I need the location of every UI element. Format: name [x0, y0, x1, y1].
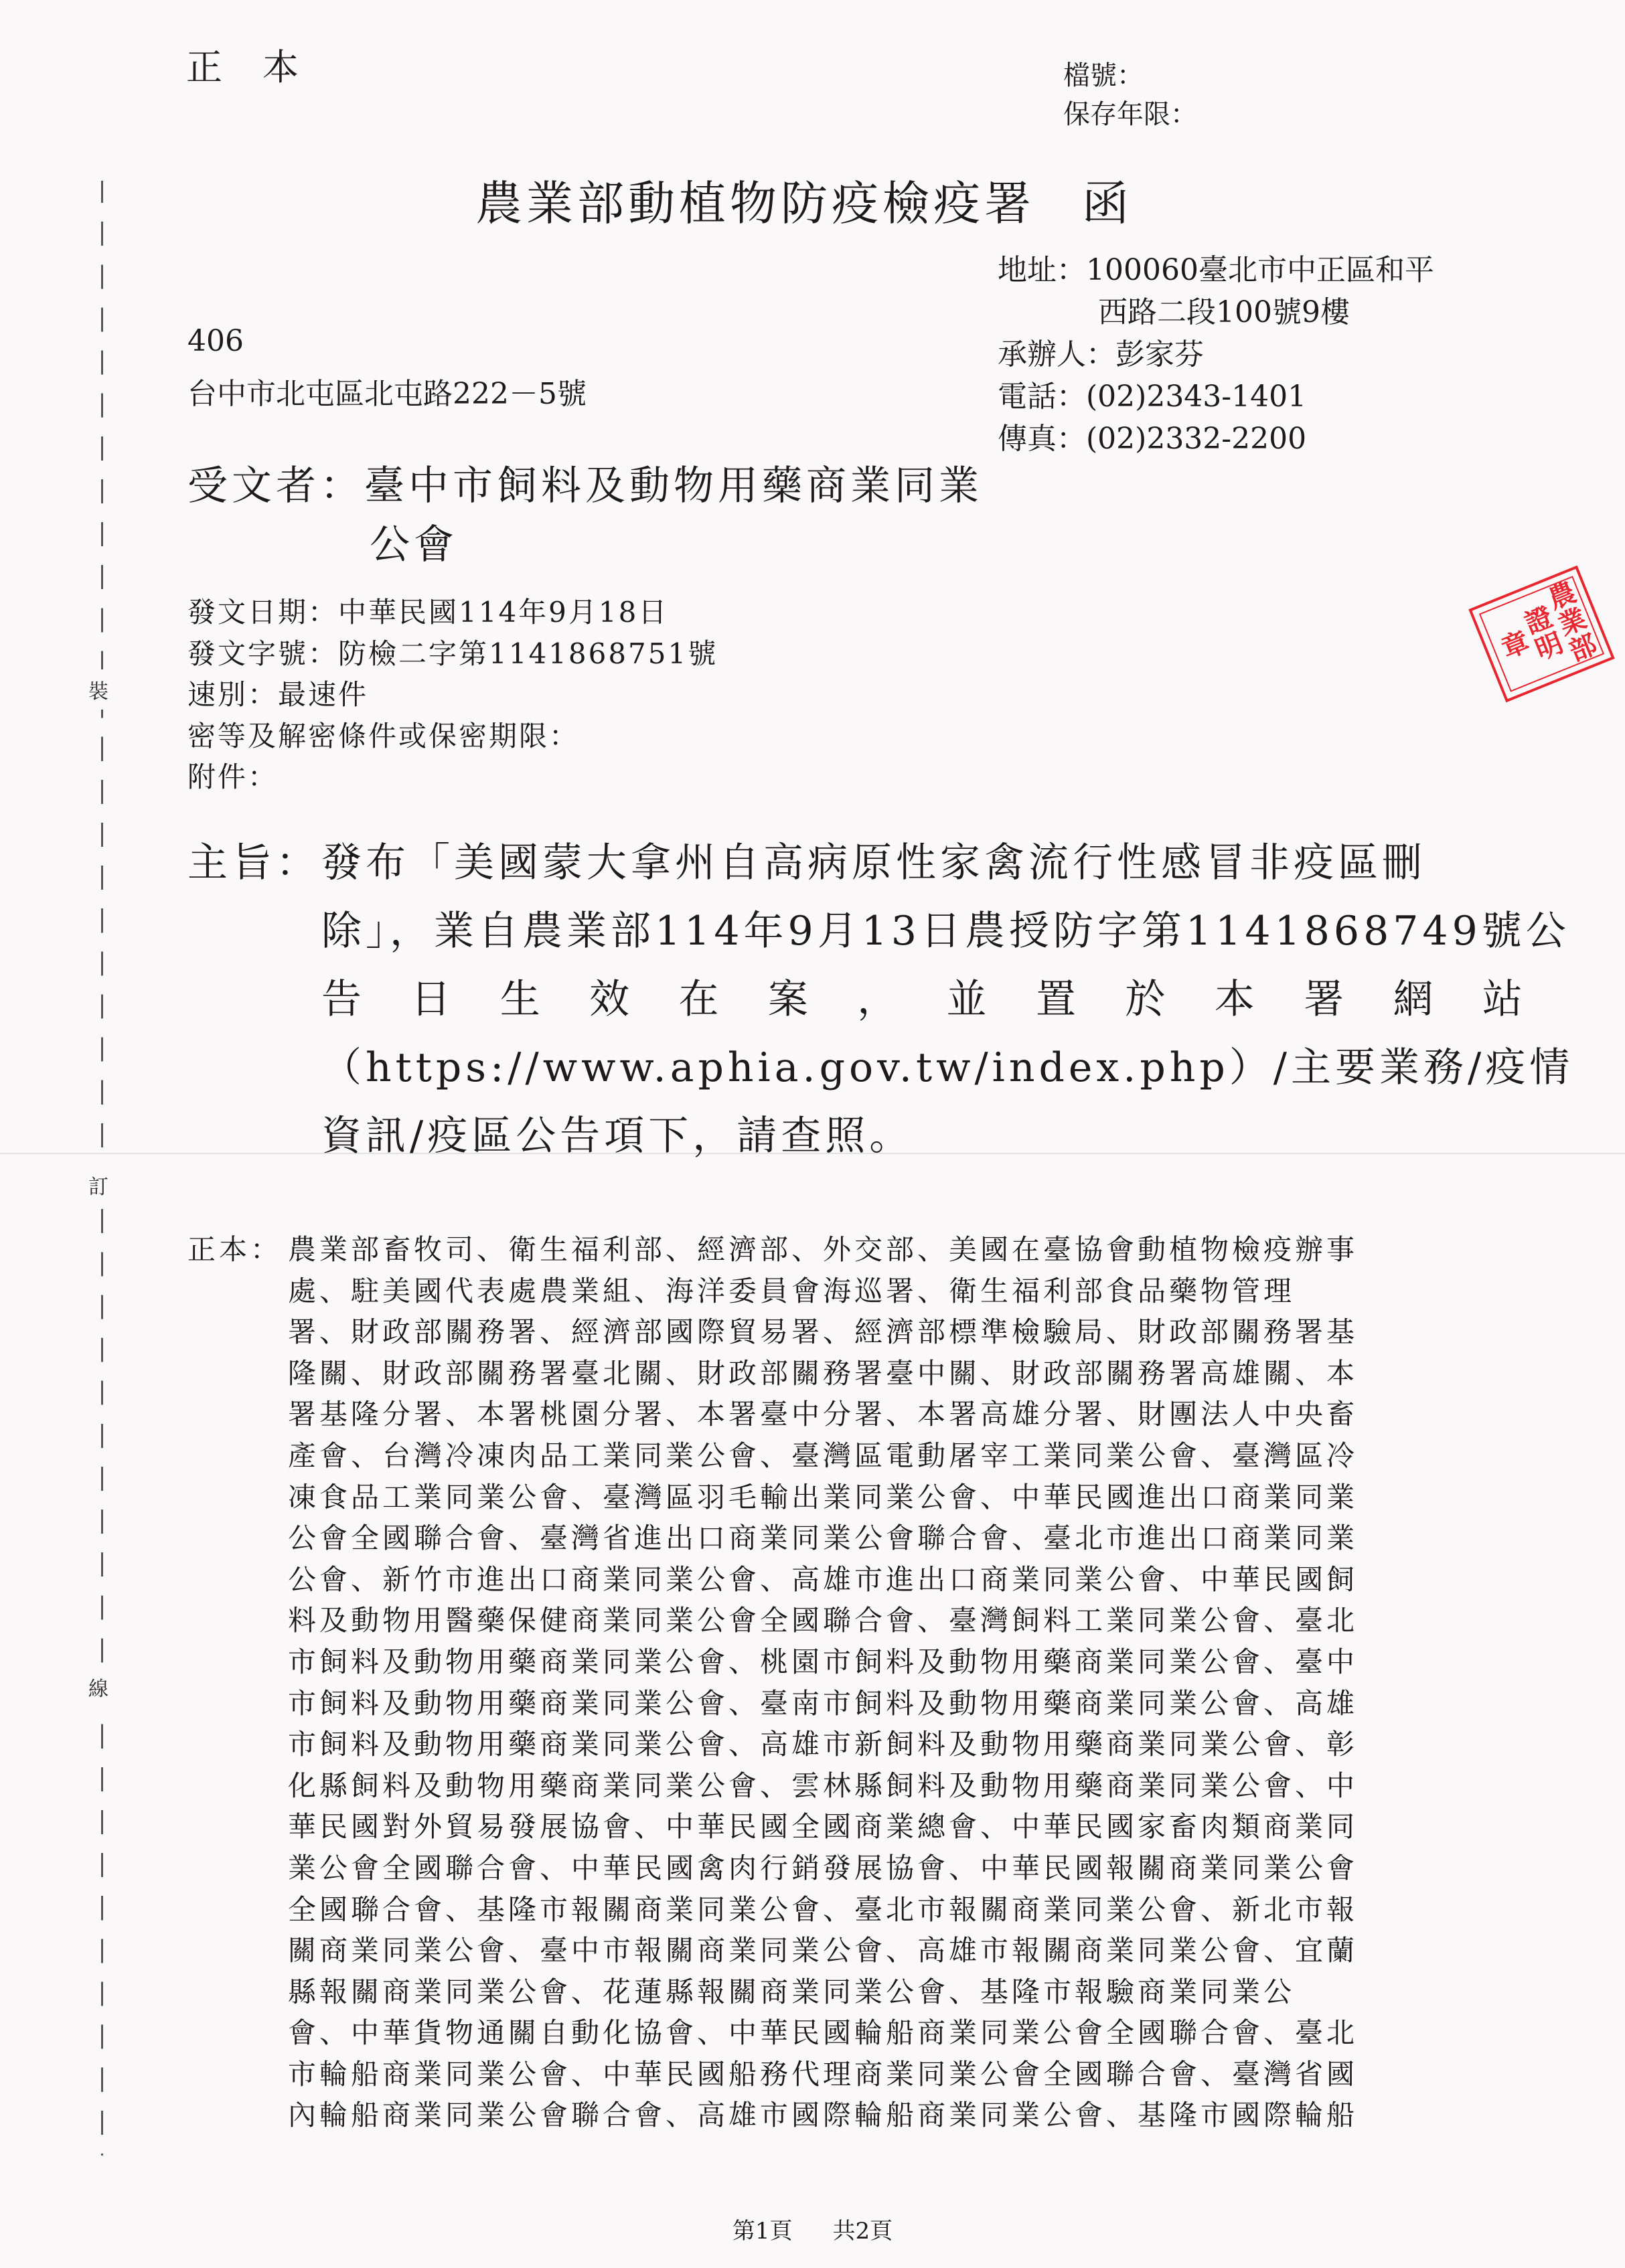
contact-person: 承辦人：彭家芬 [998, 333, 1434, 376]
subject-char: 站 [1482, 965, 1527, 1034]
document-title: 農業部動植物防疫檢疫署函 [475, 166, 1133, 234]
cc-line: 隆關、財政部關務署臺北關、財政部關務署臺中關、財政部關務署高雄關、本 [187, 1353, 1358, 1394]
cc-line: 全國聯合會、基隆市報關商業同業公會、臺北市報關商業同業公會、新北市報 [187, 1889, 1358, 1931]
subject-char: 生 [500, 965, 544, 1034]
retention-label: 保存年限： [1063, 95, 1197, 134]
subject-line: 除」，業自農業部114年9月13日農授防字第1141868749號公 [187, 897, 1573, 965]
binding-mark-ding: 訂 [88, 1165, 108, 1205]
subject-char: 本 [1215, 965, 1259, 1034]
copy-type-mark: 正本 [186, 39, 339, 90]
issue-date: 發文日期：中華民國114年9月18日 [187, 592, 718, 633]
attachments: 附件： [187, 756, 718, 798]
cc-line: 縣報關商業同業公會、花蓮縣報關商業同業公會、基隆市報驗商業同業公 [187, 1971, 1358, 2013]
recipient-address: 台中市北屯區北屯路222－5號 [187, 370, 587, 412]
cc-line: 市飼料及動物用藥商業同業公會、臺南市飼料及動物用藥商業同業公會、高雄 [187, 1683, 1358, 1724]
cc-line: 業公會全國聯合會、中華民國禽肉行銷發展協會、中華民國報關商業同業公會 [187, 1848, 1358, 1889]
file-number-label: 檔號： [1063, 56, 1197, 95]
subject-label: 主旨： [187, 829, 321, 897]
cc-label: 正本： [187, 1229, 288, 1271]
subject-char: 置 [1036, 965, 1080, 1034]
subject-char: 告 [321, 965, 366, 1034]
subject-char: 網 [1393, 965, 1438, 1034]
cc-line: 市飼料及動物用藥商業同業公會、高雄市新飼料及動物用藥商業同業公會、彰 [187, 1724, 1358, 1765]
subject-char: ， [857, 965, 901, 1034]
subject-char: 案 [768, 965, 812, 1034]
subject-line-justified: 告日生效在案，並置於本署網站 [321, 965, 1527, 1034]
subject-line-url: （https://www.aphia.gov.tw/index.php）/主要業… [187, 1034, 1573, 1102]
phone-number: 電話：(02)2343-1401 [998, 376, 1434, 418]
classification: 密等及解密條件或保密期限： [187, 716, 718, 757]
addressee-label: 受文者： [187, 463, 364, 509]
document-number: 發文字號：防檢二字第1141868751號 [187, 633, 718, 675]
document-type: 函 [1082, 176, 1133, 231]
cc-line: 化縣飼料及動物用藥商業同業公會、雲林縣飼料及動物用藥商業同業公會、中 [187, 1765, 1358, 1807]
cc-line: 公會、新竹市進出口商業同業公會、高雄市進出口商業同業公會、中華民國飼 [187, 1559, 1358, 1601]
document-meta-fields: 發文日期：中華民國114年9月18日 發文字號：防檢二字第1141868751號… [187, 592, 718, 798]
cc-line: 內輪船商業同業公會聯合會、高雄市國際輪船商業同業公會、基隆市國際輪船 [187, 2095, 1358, 2136]
delivery-speed: 速別：最速件 [187, 674, 718, 716]
sender-address-line2: 西路二段100號9樓 [998, 291, 1434, 333]
subject-char: 日 [410, 965, 455, 1034]
subject-section: 主旨：發布「美國蒙大拿州自高病原性家禽流行性感冒非疫區刪 除」，業自農業部114… [187, 829, 1573, 1170]
cc-line: 市輪船商業同業公會、中華民國船務代理商業同業公會全國聯合會、臺灣省國 [187, 2054, 1358, 2095]
file-info-block: 檔號： 保存年限： [1063, 56, 1197, 134]
addressee-block: 受文者：臺中市飼料及動物用藥商業同業 公會 [187, 457, 983, 574]
sender-contact-block: 地址：100060臺北市中正區和平 西路二段100號9樓 承辦人：彭家芬 電話：… [998, 249, 1434, 460]
subject-line: 發布「美國蒙大拿州自高病原性家禽流行性感冒非疫區刪 [321, 839, 1426, 886]
cc-line: 公會全國聯合會、臺灣省進出口商業同業公會聯合會、臺北市進出口商業同業 [187, 1518, 1358, 1559]
page-footer: 第1頁共2頁 [0, 2212, 1625, 2245]
addressee-name-line1: 臺中市飼料及動物用藥商業同業 [364, 463, 983, 509]
cc-recipients-section: 正本：農業部畜牧司、衛生福利部、經濟部、外交部、美國在臺協會動植物檢疫辦事 處、… [187, 1229, 1358, 2136]
fax-number: 傳真：(02)2332-2200 [998, 418, 1434, 460]
binding-mark-zhuang: 裝 [88, 669, 108, 710]
cc-line: 署基隆分署、本署桃園分署、本署臺中分署、本署高雄分署、財團法人中央畜 [187, 1394, 1358, 1435]
cc-line: 處、駐美國代表處農業組、海洋委員會海巡署、衛生福利部食品藥物管理 [187, 1271, 1358, 1312]
subject-char: 在 [679, 965, 723, 1034]
cc-line: 華民國對外貿易發展協會、中華民國全國商業總會、中華民國家畜肉類商業同 [187, 1806, 1358, 1848]
binding-mark-xian: 線 [88, 1667, 108, 1707]
addressee-name-line2: 公會 [187, 515, 983, 574]
cc-line: 關商業同業公會、臺中市報關商業同業公會、高雄市報關商業同業公會、宜蘭 [187, 1930, 1358, 1971]
subject-char: 效 [589, 965, 633, 1034]
cc-line: 凍食品工業同業公會、臺灣區羽毛輸出業同業公會、中華民國進出口商業同業 [187, 1477, 1358, 1518]
agency-name: 農業部動植物防疫檢疫署 [475, 176, 1035, 231]
subject-char: 於 [1125, 965, 1169, 1034]
subject-line: 資訊/疫區公告項下，請查照。 [187, 1102, 1573, 1170]
subject-char: 並 [947, 965, 991, 1034]
cc-line: 產會、台灣冷凍肉品工業同業公會、臺灣區電動屠宰工業同業公會、臺灣區冷 [187, 1435, 1358, 1477]
sender-address-line1: 地址：100060臺北市中正區和平 [998, 249, 1434, 291]
cc-line: 料及動物用醫藥保健商業同業公會全國聯合會、臺灣飼料工業同業公會、臺北 [187, 1600, 1358, 1641]
cc-line: 市飼料及動物用藥商業同業公會、桃園市飼料及動物用藥商業同業公會、臺中 [187, 1641, 1358, 1683]
cc-line: 署、財政部關務署、經濟部國際貿易署、經濟部標準檢驗局、財政部關務署基 [187, 1311, 1358, 1353]
page-number: 第1頁 [732, 2218, 793, 2245]
cc-line: 會、中華貨物通關自動化協會、中華民國輪船商業同業公會全國聯合會、臺北 [187, 2012, 1358, 2054]
subject-char: 署 [1304, 965, 1348, 1034]
cc-line: 農業部畜牧司、衛生福利部、經濟部、外交部、美國在臺協會動植物檢疫辦事 [288, 1233, 1358, 1266]
official-red-seal: 農業部 證明 章 [1468, 566, 1614, 703]
page-total: 共2頁 [833, 2218, 893, 2245]
recipient-zip-code: 406 [187, 324, 244, 358]
